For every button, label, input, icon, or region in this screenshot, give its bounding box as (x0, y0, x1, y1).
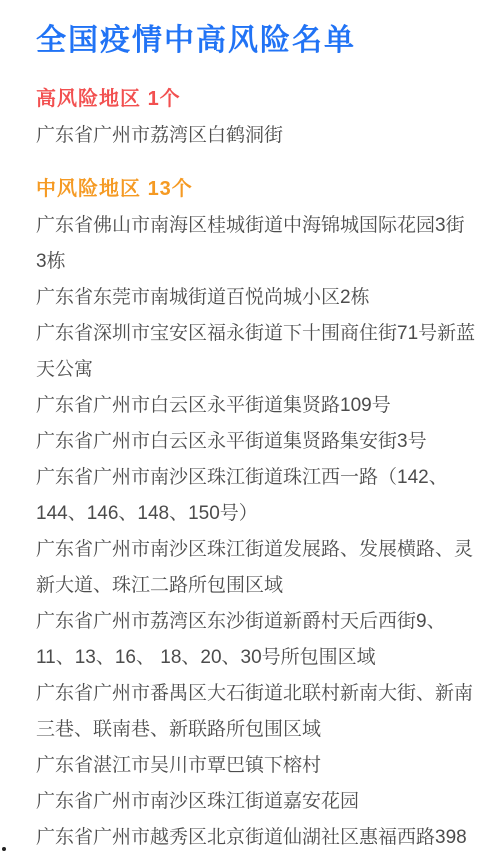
risk-area-entry: 广东省广州市南沙区珠江街道珠江西一路（142、 144、146、148、150号… (36, 460, 470, 532)
page-dot-artifact (2, 847, 6, 851)
risk-area-entry: 广东省广州市荔湾区东沙街道新爵村天后西街9、 11、13、16、 18、20、3… (36, 604, 470, 676)
risk-list-page: 全国疫情中高风险名单 高风险地区 1个 广东省广州市荔湾区白鹤洞街 中风险地区 … (0, 0, 500, 859)
medium-risk-count: 13个 (148, 178, 193, 200)
risk-area-entry: 广东省东莞市南城街道百悦尚城小区2栋 (36, 280, 470, 316)
risk-area-entry: 广东省广州市南沙区珠江街道嘉安花园 (36, 784, 470, 820)
risk-area-entry: 广东省湛江市吴川市覃巴镇下榕村 (36, 748, 470, 784)
risk-area-entry: 广东省广州市番禺区大石街道北联村新南大街、新南 三巷、联南巷、新联路所包围区域 (36, 676, 470, 748)
risk-area-entry: 广东省佛山市南海区桂城街道中海锦城国际花园3街 3栋 (36, 208, 470, 280)
high-risk-section: 高风险地区 1个 广东省广州市荔湾区白鹤洞街 (36, 88, 470, 154)
medium-risk-header: 中风险地区 13个 (36, 178, 470, 200)
high-risk-count: 1个 (148, 88, 181, 110)
risk-area-entry: 广东省深圳市宝安区福永街道下十围商住街71号新蓝 天公寓 (36, 316, 470, 388)
risk-area-entry: 广东省广州市白云区永平街道集贤路集安街3号 (36, 424, 470, 460)
medium-risk-entries: 广东省佛山市南海区桂城街道中海锦城国际花园3街 3栋广东省东莞市南城街道百悦尚城… (36, 208, 470, 856)
risk-area-entry: 广东省广州市白云区永平街道集贤路109号 (36, 388, 470, 424)
high-risk-header: 高风险地区 1个 (36, 88, 470, 110)
medium-risk-section: 中风险地区 13个 广东省佛山市南海区桂城街道中海锦城国际花园3街 3栋广东省东… (36, 178, 470, 856)
risk-area-entry: 广东省广州市荔湾区白鹤洞街 (36, 118, 470, 154)
high-risk-label: 高风险地区 (36, 88, 141, 110)
risk-area-entry: 广东省广州市南沙区珠江街道发展路、发展横路、灵 新大道、珠江二路所包围区域 (36, 532, 470, 604)
medium-risk-label: 中风险地区 (36, 178, 141, 200)
page-content: 全国疫情中高风险名单 高风险地区 1个 广东省广州市荔湾区白鹤洞街 中风险地区 … (0, 0, 500, 856)
risk-area-entry: 广东省广州市越秀区北京街道仙湖社区惠福西路398 (36, 820, 470, 856)
page-title: 全国疫情中高风险名单 (36, 25, 470, 57)
high-risk-entries: 广东省广州市荔湾区白鹤洞街 (36, 118, 470, 154)
